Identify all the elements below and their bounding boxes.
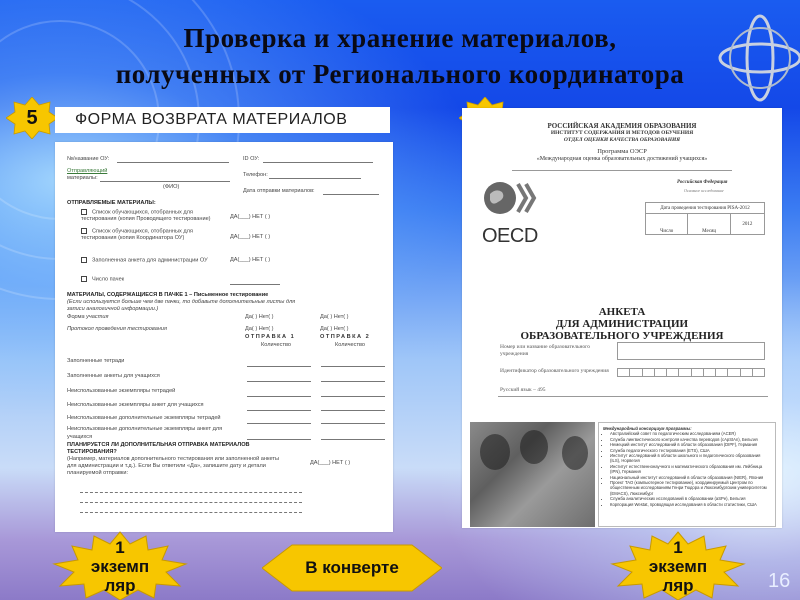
count-row-label: Заполненные тетради (67, 358, 124, 364)
copies-badge-left: 1 экземп ляр (50, 530, 190, 600)
form-header: ФОРМА ВОЗВРАТА МАТЕРИАЛОВ (55, 107, 390, 133)
envelope-label: В конверте (262, 544, 442, 592)
package-heading: МАТЕРИАЛЫ, СОДЕРЖАЩИЕСЯ В ПАЧКЕ 1 – Пись… (67, 292, 268, 298)
quantity-field[interactable] (321, 423, 385, 424)
school-id-input[interactable] (617, 368, 765, 377)
checklist-item[interactable]: Список обучающихся, отобранных для (81, 209, 193, 215)
consortium-list: Международный консорциум программы: Авст… (598, 422, 776, 527)
yes-no-answer[interactable]: Да( ) Нет( ) (320, 326, 349, 332)
date-label: Дата отправки материалов: (243, 188, 315, 194)
oecd-logo: OECD (482, 178, 538, 248)
title-line-1: Проверка и хранение материалов, (60, 20, 740, 56)
day-field[interactable]: Число (646, 214, 688, 235)
consortium-member: Немецкий институт исследований в области… (610, 442, 771, 447)
questionnaire-title: ДЛЯ АДМИНИСТРАЦИИ (462, 318, 782, 330)
phone-label: Телефон: (243, 172, 268, 178)
slide-number: 16 (768, 570, 790, 593)
count-row-label: Неиспользованные экземпляры анкет для уч… (67, 402, 204, 408)
consortium-member: Институт естественнонаучного и математич… (610, 464, 771, 475)
org-line: ИНСТИТУТ СОДЕРЖАНИЯ И МЕТОДОВ ОБУЧЕНИЯ (462, 130, 782, 136)
questionnaire-title: ОБРАЗОВАТЕЛЬНОГО УЧРЕЖДЕНИЯ (462, 330, 782, 342)
language-code: Русский язык – 495 (500, 387, 545, 394)
school-label: №/название ОУ: (67, 156, 109, 162)
consortium-member: Институт исследований в области школьног… (610, 453, 771, 464)
item-detail: тестирования (копия Координатора ОУ) (81, 235, 184, 241)
checklist-item[interactable]: Список обучающихся, отобранных для (81, 228, 193, 234)
title-line-2: полученных от Регионального координатора (60, 56, 740, 92)
checkbox[interactable] (81, 257, 87, 263)
step-number: 5 (6, 97, 58, 139)
program-subtitle: «Международная оценка образовательных до… (462, 156, 782, 162)
org-line: РОССИЙСКАЯ АКАДЕМИЯ ОБРАЗОВАНИЯ (462, 122, 782, 130)
quantity-field[interactable] (247, 439, 311, 440)
checklist-item[interactable]: Заполненная анкета для администрации ОУ (81, 257, 208, 263)
yes-no-answer[interactable]: Да( ) Нет( ) (245, 326, 274, 332)
quantity-label: Количество (261, 342, 291, 348)
sender-label-2: материалы: (67, 175, 98, 181)
consortium-member: Проект TAO (компьютерное тестирование), … (610, 480, 771, 496)
count-row-label: Неиспользованные экземпляры тетрадей (67, 388, 175, 394)
sent-materials-heading: ОТПРАВЛЯЕМЫЕ МАТЕРИАЛЫ: (67, 200, 156, 206)
org-line: ОТДЕЛ ОЦЕНКИ КАЧЕСТВА ОБРАЗОВАНИЯ (462, 137, 782, 143)
quantity-field[interactable] (321, 410, 385, 411)
program-title: Программа ОЭСР (462, 148, 782, 155)
oecd-globe-icon (482, 178, 538, 220)
envelope-text: В конверте (262, 544, 442, 592)
admin-questionnaire-document: РОССИЙСКАЯ АКАДЕМИЯ ОБРАЗОВАНИЯ ИНСТИТУТ… (462, 108, 782, 528)
copies-label: экземп (91, 557, 149, 576)
count-row-label: Неиспользованные дополнительные экземпля… (67, 415, 221, 421)
quantity-field[interactable] (247, 423, 311, 424)
slide-title: Проверка и хранение материалов, полученн… (60, 20, 740, 92)
yes-no-answer[interactable]: ДА(___) НЕТ ( ) (310, 460, 350, 466)
id-label: ID ОУ: (243, 156, 259, 162)
planned-heading: ПЛАНИРУЕТСЯ ЛИ ДОПОЛНИТЕЛЬНАЯ ОТПРАВКА М… (67, 442, 250, 448)
school-name-label: Номер или название образовательного учре… (500, 344, 610, 357)
step-badge-5: 5 (6, 97, 58, 139)
quantity-field[interactable] (321, 366, 385, 367)
planned-heading: ТЕСТИРОВАНИЯ? (67, 449, 117, 455)
questionnaire-title: АНКЕТА (462, 306, 782, 318)
shipment-2-header: ОТПРАВКА 2 (320, 334, 370, 340)
yes-no-answer[interactable]: ДА(___) НЕТ ( ) (230, 234, 270, 240)
sender-label: Отправляющий (67, 168, 107, 174)
planned-note: планируемой отправки: (67, 470, 128, 476)
date-year: 2012 (731, 214, 764, 235)
school-id-label: Идентификатор образовательного учреждени… (500, 368, 610, 375)
yes-no-answer[interactable]: Да( ) Нет( ) (245, 314, 274, 320)
count-row-label: учащихся (67, 434, 92, 440)
quantity-field[interactable] (247, 381, 311, 382)
consortium-member: Корпорация Westat, проводящая исследован… (610, 502, 771, 507)
checkbox[interactable] (81, 209, 87, 215)
quantity-field[interactable] (247, 366, 311, 367)
study-type: Основное исследование (684, 188, 724, 193)
copies-label: ляр (662, 576, 693, 595)
item-detail: тестирования (копия Проводящего тестиров… (81, 216, 211, 222)
copies-label: экземп (649, 557, 707, 576)
copies-label: ляр (104, 576, 135, 595)
planned-note: для администрации и т.д.). Если Вы ответ… (67, 463, 266, 469)
shipment-1-header: ОТПРАВКА 1 (245, 334, 295, 340)
checklist-item[interactable]: Число пачек (81, 276, 124, 282)
protocol-label: Протокол проведения тестирования (67, 326, 167, 332)
copies-count: 1 (673, 538, 682, 557)
oecd-wordmark: OECD (482, 225, 538, 248)
count-row-label: Неиспользованные дополнительные экземпля… (67, 426, 222, 432)
globe-logo-icon (715, 8, 800, 108)
copies-badge-right: 1 экземп ляр (608, 530, 748, 600)
planned-note: (Например, материалов дополнительного те… (67, 456, 279, 462)
date-box-title: Дата проведения тестирования PISA-2012 (646, 203, 764, 214)
quantity-field[interactable] (321, 396, 385, 397)
count-row-label: Заполненные анкеты для учащихся (67, 373, 160, 379)
yes-no-answer[interactable]: ДА(___) НЕТ ( ) (230, 214, 270, 220)
package-note: записи аналогичной информации.) (67, 306, 158, 312)
yes-no-answer[interactable]: ДА(___) НЕТ ( ) (230, 257, 270, 263)
country-label: Российская Федерация (677, 180, 728, 185)
participation-label: Форма участия (67, 314, 108, 320)
month-field[interactable]: Месяц (688, 214, 730, 235)
fio-label: (ФИО) (163, 184, 179, 190)
return-form-document: №/название ОУ: ID ОУ: Отправляющий матер… (55, 142, 393, 532)
checkbox[interactable] (81, 228, 87, 234)
yes-no-answer[interactable]: Да( ) Нет( ) (320, 314, 349, 320)
quantity-label: Количество (335, 342, 365, 348)
quantity-field[interactable] (321, 381, 385, 382)
copies-count: 1 (115, 538, 124, 557)
school-name-input[interactable] (617, 342, 765, 360)
package-note: (Если используется больше чем две пачки,… (67, 299, 295, 305)
quantity-field[interactable] (321, 439, 385, 440)
checkbox[interactable] (81, 276, 87, 282)
test-date-box: Дата проведения тестирования PISA-2012 Ч… (645, 202, 765, 235)
pisa-students-photo (470, 422, 595, 527)
quantity-field[interactable] (247, 396, 311, 397)
quantity-field[interactable] (247, 410, 311, 411)
